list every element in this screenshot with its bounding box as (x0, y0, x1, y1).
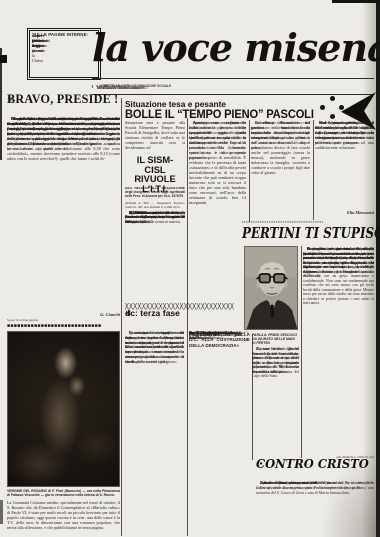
column-rule (121, 98, 122, 536)
pertini-photo (244, 246, 298, 330)
pascoli-signature: Elia Mencarini (315, 210, 374, 215)
star-icon: ✳ (7, 95, 14, 104)
sism-note: DATI RELATIVI ALLE GRADUATORIE degli ins… (125, 187, 185, 200)
rosario-paragraph: La Comunità Cristiana medita, specialmen… (7, 501, 120, 535)
masthead-title: la voce misena (92, 20, 374, 78)
inside-pages-box: SULLE PAGINE INTERNE: — per gli artigian… (27, 28, 101, 80)
pertini-photo-caption: PARLA IL PRIMO VESCOVO HA GIURATO NELLE … (252, 333, 299, 346)
newspaper-front-page: SULLE PAGINE INTERNE: — per gli artigian… (0, 0, 380, 537)
squares-divider: ■■■■■■■■■■■■■■■■■■■■■■■■■■■■ (7, 324, 120, 331)
scan-mark-left (0, 55, 7, 63)
masthead-info-strip: n. 40 del 12 - 10 - 1978 SPED. ABB. POST… (92, 78, 374, 95)
scan-corner-shade (320, 447, 380, 537)
pascoli-column-1: operare con ragionevole sollecitudine pe… (189, 120, 246, 308)
scan-mark-left-bottom (0, 500, 3, 524)
pascoli-lead-text: Situazione tesa e pesante alla Scuola El… (125, 121, 185, 150)
bravo-preside-body: Ci vuole del coraggio a dare del «bravo»… (7, 116, 120, 312)
pascoli-column-2: ché non è stato concesso nel numero rich… (251, 120, 310, 220)
bravo-preside-headline: BRAVO, PRESIDE ! (7, 92, 118, 106)
sism-body: Il Direttivo del SISM–CISL di Ancona, ri… (125, 211, 185, 303)
pertini-mid-column: Ai sensi dell'art. 20 del Concordato, i … (252, 347, 299, 461)
rosario-photo-caption: VERGINE DEL ROSARIO di F. Fiori (Barocci… (7, 489, 120, 500)
column-rule (187, 118, 188, 536)
diamond-dots-icon (319, 96, 346, 121)
dc-column-a: Il tema del confronto e del rapporto con… (125, 331, 184, 536)
pascoli-column-3: te al Provveditorato agli Studi e all'As… (315, 120, 374, 210)
continued-note: Segue in ultima pagina (7, 318, 120, 322)
scan-edge-top (332, 0, 380, 3)
sism-stats: Abilitati n. 963 — Insegnanti Tecnico-pr… (125, 201, 185, 210)
column-rule (313, 120, 314, 220)
pertini-right-column: di aneddoti, di pensionati, di ricordi, … (303, 247, 374, 453)
dc-headline: dc: terza fase (125, 308, 180, 318)
star-icon: ✳ (125, 309, 132, 318)
rosario-text: La Comunità Cristiana medita, specialmen… (7, 501, 120, 530)
rosario-photo (7, 331, 120, 487)
pertini-headline: PERTINI TI STUPISCE (242, 225, 373, 242)
pascoli-lead: Situazione tesa e pesante alla Scuola El… (125, 121, 185, 155)
scan-edge-left (0, 48, 2, 160)
column-rule (249, 120, 250, 222)
column-rule (301, 246, 302, 458)
dc-column-b: Saranno due giornate di lavoro intenso e… (189, 331, 250, 536)
price: L. 150 (92, 85, 112, 89)
bravo-preside-signature: G. Cianchi (7, 312, 120, 317)
